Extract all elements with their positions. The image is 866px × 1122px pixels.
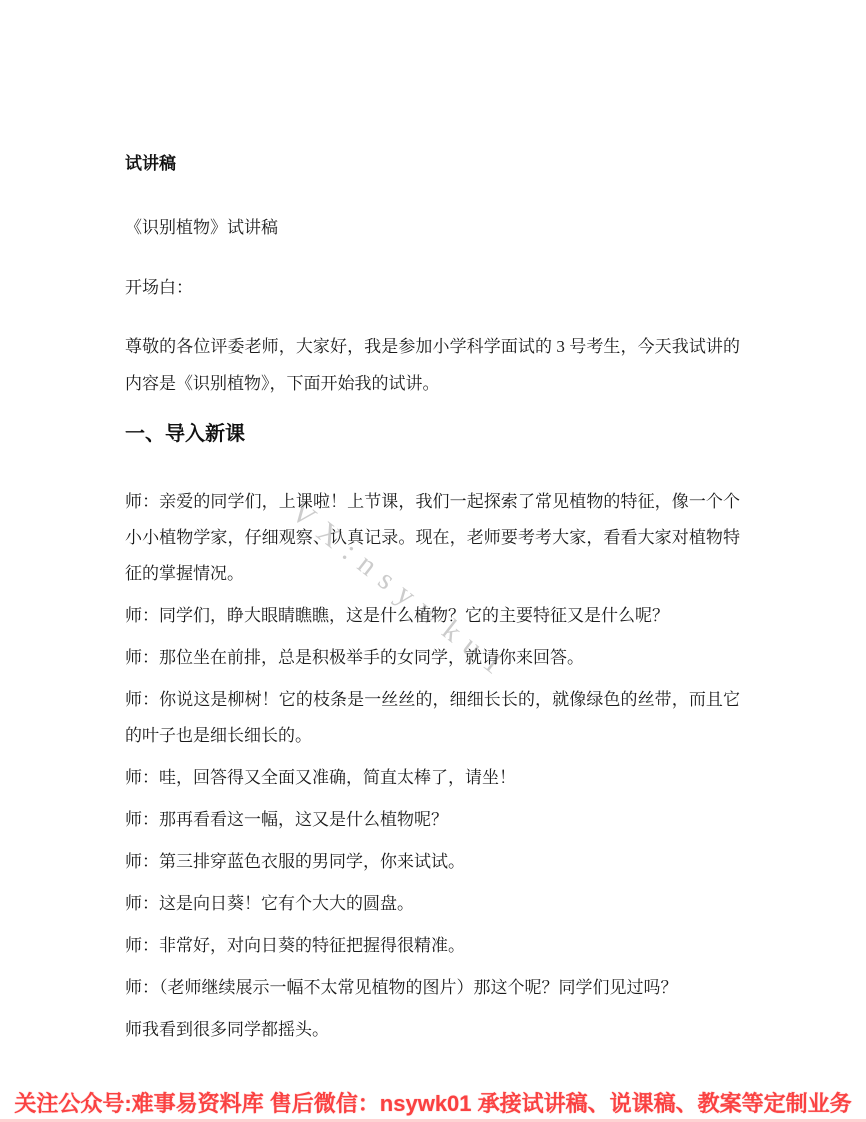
script-paragraph: 师我看到很多同学都摇头。 <box>125 1012 740 1048</box>
script-paragraph: 师：非常好，对向日葵的特征把握得很精准。 <box>125 928 740 964</box>
script-paragraph: 师：（老师继续展示一幅不太常见植物的图片）那这个呢？同学们见过吗？ <box>125 970 740 1006</box>
script-paragraph: 师：你说这是柳树！它的枝条是一丝丝的，细细长长的，就像绿色的丝带，而且它的叶子也… <box>125 682 740 754</box>
document-content: 试讲稿 《识别植物》试讲稿 开场白： 尊敬的各位评委老师，大家好，我是参加小学科… <box>125 152 740 1054</box>
document-subtitle: 《识别植物》试讲稿 <box>125 216 740 240</box>
script-paragraph: 师：哇，回答得又全面又准确，简直太棒了，请坐！ <box>125 760 740 796</box>
footer-promo-text: 关注公众号:难事易资料库 售后微信：nsywk01 承接试讲稿、说课稿、教案等定… <box>14 1087 851 1118</box>
script-paragraph: 师：第三排穿蓝色衣服的男同学，你来试试。 <box>125 844 740 880</box>
script-paragraph: 师：那位坐在前排，总是积极举手的女同学，就请你来回答。 <box>125 640 740 676</box>
section-heading-lead-in: 一、导入新课 <box>125 420 740 448</box>
script-paragraph: 师：那再看看这一幅，这又是什么植物呢？ <box>125 802 740 838</box>
document-page: VX:nsywku1 试讲稿 《识别植物》试讲稿 开场白： 尊敬的各位评委老师，… <box>0 0 866 1122</box>
document-title: 试讲稿 <box>125 152 740 176</box>
script-paragraph: 师：这是向日葵！它有个大大的圆盘。 <box>125 886 740 922</box>
footer-promo-banner: 关注公众号:难事易资料库 售后微信：nsywk01 承接试讲稿、说课稿、教案等定… <box>0 1086 866 1122</box>
script-paragraph: 师：亲爱的同学们，上课啦！上节课，我们一起探索了常见植物的特征，像一个个小小植物… <box>125 484 740 592</box>
opening-label: 开场白： <box>125 276 740 300</box>
opening-paragraph: 尊敬的各位评委老师，大家好，我是参加小学科学面试的 3 号考生，今天我试讲的内容… <box>125 328 740 402</box>
script-paragraph: 师：同学们，睁大眼睛瞧瞧，这是什么植物？它的主要特征又是什么呢？ <box>125 598 740 634</box>
